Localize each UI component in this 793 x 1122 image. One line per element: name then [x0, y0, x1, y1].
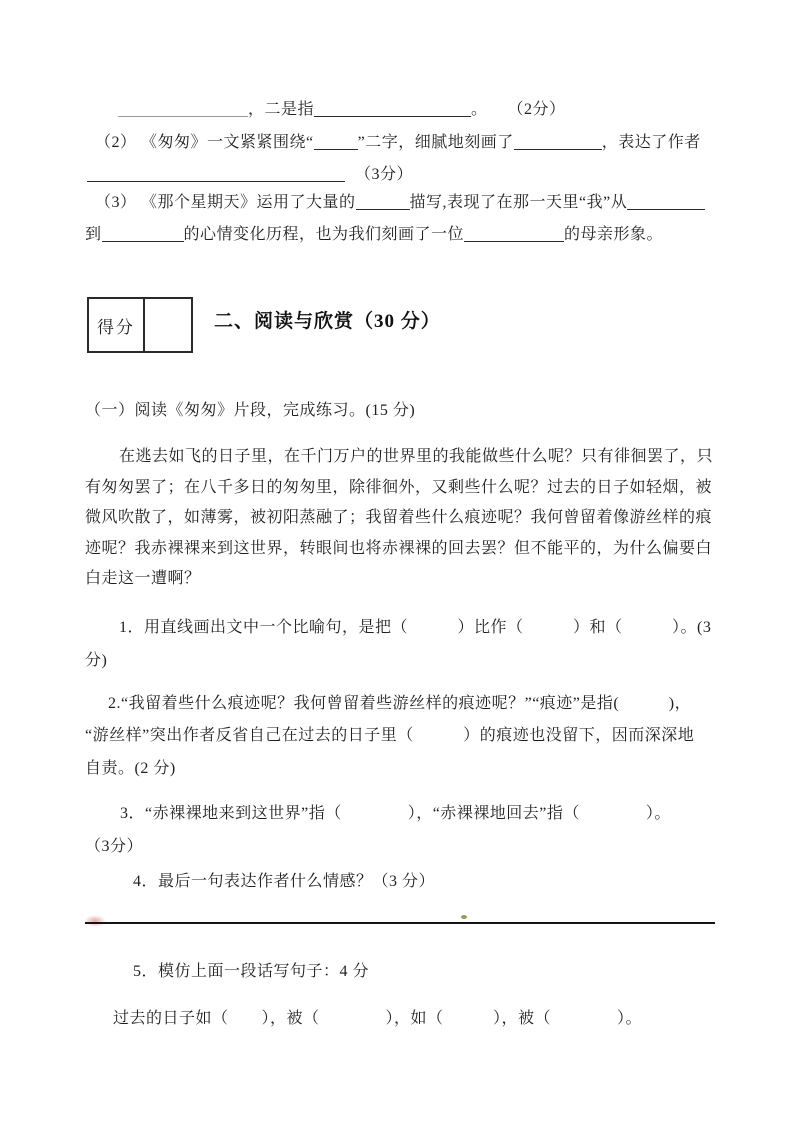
text-run: 。	[471, 101, 488, 118]
passage-line-5: 白走这一遭啊？	[85, 568, 201, 590]
passage-line-4: 迹呢？我赤裸裸来到这世界，转眼间也将赤裸裸的回去罢？但不能平的，为什么偏要白	[85, 538, 712, 560]
score-value-cell	[145, 299, 191, 351]
fill-blank-line-4: （3） 《那个星期天》运用了大量的描写,表现了在那一天里“我”从	[95, 192, 705, 214]
passage-line-3: 微风吹散了，如薄雾，被初阳蒸融了；我留着些什么痕迹呢？我何曾留着像游丝样的痕	[85, 507, 712, 529]
exam-paper-page: ，二是指。（2分） （2） 《匆匆》一文紧紧围绕“”二字，细腻地刻画了，表达了作…	[0, 0, 793, 1122]
passage-line-2: 有匆匆罢了；在八千多日的匆匆里，除徘徊外，又剩些什么呢？过去的日子如轻烟，被	[85, 477, 712, 499]
blank-underline	[514, 132, 602, 150]
blank-underline	[102, 224, 184, 242]
question-4-line: 4．最后一句表达作者什么情感？（3 分）	[133, 871, 435, 893]
text-run: ”二字，细腻地刻画了	[358, 134, 514, 151]
fill-blank-line-3: （3分）	[87, 164, 413, 186]
fill-blank-line-1: ，二是指。（2分）	[118, 99, 566, 121]
score-label: 得分	[89, 299, 145, 351]
text-run: 的母亲形象。	[564, 226, 663, 243]
fill-blank-line-5: 到的心情变化历程，也为我们刻画了一位的母亲形象。	[85, 224, 663, 246]
text-run: 的心情变化历程，也为我们刻画了一位	[184, 226, 465, 243]
question-1-line-2: 分)	[85, 650, 107, 672]
blank-underline	[627, 192, 705, 210]
fill-blank-line-2: （2） 《匆匆》一文紧紧围绕“”二字，细腻地刻画了，表达了作者	[95, 132, 701, 154]
divider-line	[85, 922, 715, 924]
section-heading: 二、阅读与欣赏（30 分）	[214, 306, 441, 333]
text-run: ，二是指	[248, 101, 314, 118]
ink-dot-mark	[461, 915, 467, 919]
question-5-line: 5．模仿上面一段话写句子：4 分	[133, 961, 369, 983]
question-1-line-1: 1．用直线画出文中一个比喻句，是把（ ）比作（ ）和（ ）。(3	[119, 617, 711, 639]
blank-underline	[464, 224, 564, 242]
text-run: ，表达了作者	[602, 134, 701, 151]
blank-underline	[356, 192, 410, 210]
question-5-answer-line: 过去的日子如（ ），被（ ），如（ ），被（ ）。	[113, 1008, 642, 1030]
spacer	[488, 112, 508, 114]
text-run: （2） 《匆匆》一文紧紧围绕“	[95, 134, 314, 151]
text-run: （3分）	[355, 166, 413, 183]
text-run: （3） 《那个星期天》运用了大量的	[95, 194, 356, 211]
question-2-line-2: “游丝样”突出作者反省自己在过去的日子里（ ）的痕迹也没留下，因而深深地	[85, 725, 694, 747]
spacer	[345, 177, 355, 179]
blank-underline	[118, 99, 248, 117]
passage-line-1: 在逃去如飞的日子里，在千门万户的世界里的我能做些什么呢？只有徘徊罢了，只	[119, 446, 713, 468]
blank-underline	[87, 164, 345, 182]
text-run: （2分）	[508, 101, 566, 118]
score-box: 得分	[87, 297, 193, 353]
question-3-line-2: （3分）	[85, 836, 143, 858]
text-run: 描写,表现了在那一天里“我”从	[410, 194, 628, 211]
question-3-line-1: 3．“赤裸裸地来到这世界”指（ ），“赤裸裸地回去”指（ ）。	[120, 803, 671, 825]
text-run: 到	[85, 226, 102, 243]
blank-underline	[314, 99, 471, 117]
question-2-line-3: 自责。(2 分)	[85, 758, 176, 780]
question-2-line-1: 2.“我留着些什么痕迹呢？我何曾留着些游丝样的痕迹呢？”“痕迹”是指( )，	[108, 693, 691, 715]
subsection-heading: （一）阅读《匆匆》片段，完成练习。(15 分)	[85, 400, 415, 422]
red-smudge-mark	[84, 915, 106, 927]
blank-underline	[314, 132, 358, 150]
